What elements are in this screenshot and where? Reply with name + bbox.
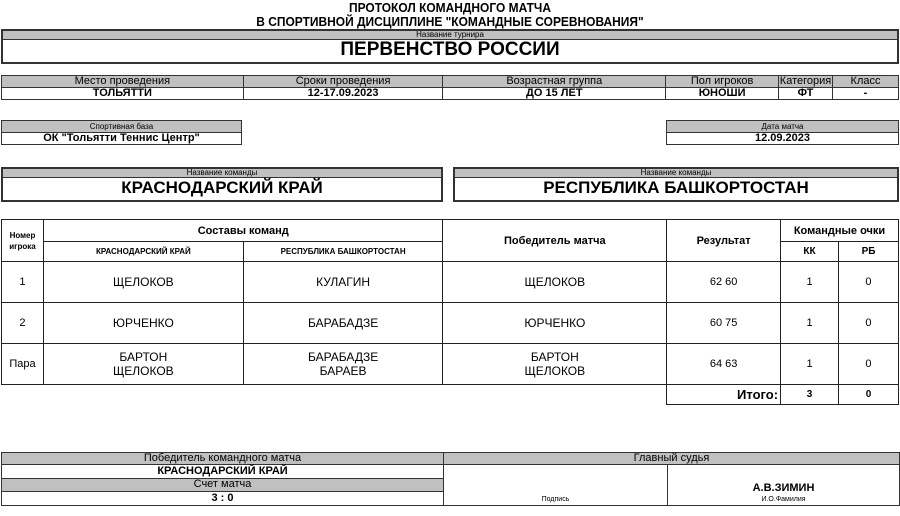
- team1-player: ЮРЧЕНКО: [43, 303, 243, 344]
- points-team2: 0: [838, 262, 898, 303]
- dates-label: Сроки проведения: [243, 76, 443, 88]
- team1-name: КРАСНОДАРСКИЙ КРАЙ: [1, 177, 443, 202]
- team-points-header: Командные очки: [781, 220, 899, 242]
- event-info-table: Место проведения Сроки проведения Возрас…: [1, 75, 899, 100]
- team-winner-value: КРАСНОДАРСКИЙ КРАЙ: [2, 465, 444, 479]
- total-team1: 3: [781, 385, 839, 405]
- category-value: ФТ: [779, 88, 833, 100]
- rosters-header: Составы команд: [43, 220, 443, 242]
- summary-table: Победитель командного матча Главный судь…: [1, 452, 900, 506]
- document-title-line1: ПРОТОКОЛ КОМАНДНОГО МАТЧА: [36, 1, 864, 14]
- document-title-line2: В СПОРТИВНОЙ ДИСЦИПЛИНЕ "КОМАНДНЫЕ СОРЕВ…: [36, 15, 864, 28]
- player-number-header: Номер игрока: [2, 220, 44, 262]
- player-number: Пара: [2, 344, 44, 385]
- signature-label: Подпись: [444, 465, 668, 506]
- match-winner: ЩЕЛОКОВ: [443, 262, 667, 303]
- match-date-box: Дата матча 12.09.2023: [666, 120, 899, 145]
- points-team2: 0: [838, 344, 898, 385]
- player-number: 2: [2, 303, 44, 344]
- dates-value: 12-17.09.2023: [243, 88, 443, 100]
- table-row: Пара БАРТОН ЩЕЛОКОВ БАРАБАДЗЕ БАРАЕВ БАР…: [2, 344, 899, 385]
- total-label: Итого:: [667, 385, 781, 405]
- match-date-value: 12.09.2023: [667, 133, 899, 145]
- judge-cell: А.В.ЗИМИН И.О.Фамилия: [668, 465, 900, 506]
- team2-player: КУЛАГИН: [243, 262, 443, 303]
- team2-player: БАРАБАДЗЕ: [243, 303, 443, 344]
- match-winner-header: Победитель матча: [443, 220, 667, 262]
- match-result: 64 63: [667, 344, 781, 385]
- match-result: 62 60: [667, 262, 781, 303]
- team2-player: БАРАБАДЗЕ БАРАЕВ: [243, 344, 443, 385]
- match-winner: БАРТОН ЩЕЛОКОВ: [443, 344, 667, 385]
- judge-name-caption: И.О.Фамилия: [668, 495, 899, 505]
- team-winner-label: Победитель командного матча: [2, 453, 444, 465]
- match-score-value: 3 : 0: [2, 492, 444, 506]
- points-team2: 0: [838, 303, 898, 344]
- points-team1: 1: [781, 262, 839, 303]
- category-label: Категория: [779, 76, 833, 88]
- gender-value: ЮНОШИ: [666, 88, 779, 100]
- venue-city-value: ТОЛЬЯТТИ: [2, 88, 244, 100]
- class-label: Класс: [833, 76, 899, 88]
- points-team1: 1: [781, 303, 839, 344]
- match-results-table: Номер игрока Составы команд Победитель м…: [1, 219, 899, 405]
- player-number: 1: [2, 262, 44, 303]
- judge-name: А.В.ЗИМИН: [668, 481, 899, 495]
- age-group-value: ДО 15 ЛЕТ: [443, 88, 666, 100]
- match-date-label: Дата матча: [667, 121, 899, 133]
- result-header: Результат: [667, 220, 781, 262]
- sports-base-box: Спортивная база ОК "Тольятти Теннис Цент…: [1, 120, 242, 145]
- points-team2-header: РБ: [838, 242, 898, 262]
- tournament-name: ПЕРВЕНСТВО РОССИИ: [1, 39, 899, 64]
- match-score-label: Счет матча: [2, 478, 444, 492]
- sports-base-label: Спортивная база: [2, 121, 242, 133]
- table-row: 2 ЮРЧЕНКО БАРАБАДЗЕ ЮРЧЕНКО 60 75 1 0: [2, 303, 899, 344]
- roster-team2-header: РЕСПУБЛИКА БАШКОРТОСТАН: [243, 242, 443, 262]
- venue-city-label: Место проведения: [2, 76, 244, 88]
- head-judge-label: Главный судья: [444, 453, 900, 465]
- total-team2: 0: [838, 385, 898, 405]
- age-group-label: Возрастная группа: [443, 76, 666, 88]
- team1-player: БАРТОН ЩЕЛОКОВ: [43, 344, 243, 385]
- roster-team1-header: КРАСНОДАРСКИЙ КРАЙ: [43, 242, 243, 262]
- table-row: 1 ЩЕЛОКОВ КУЛАГИН ЩЕЛОКОВ 62 60 1 0: [2, 262, 899, 303]
- points-team1: 1: [781, 344, 839, 385]
- gender-label: Пол игроков: [666, 76, 779, 88]
- points-team1-header: КК: [781, 242, 839, 262]
- team2-name: РЕСПУБЛИКА БАШКОРТОСТАН: [453, 177, 899, 202]
- match-winner: ЮРЧЕНКО: [443, 303, 667, 344]
- team1-player: ЩЕЛОКОВ: [43, 262, 243, 303]
- match-result: 60 75: [667, 303, 781, 344]
- class-value: -: [833, 88, 899, 100]
- sports-base-value: ОК "Тольятти Теннис Центр": [2, 133, 242, 145]
